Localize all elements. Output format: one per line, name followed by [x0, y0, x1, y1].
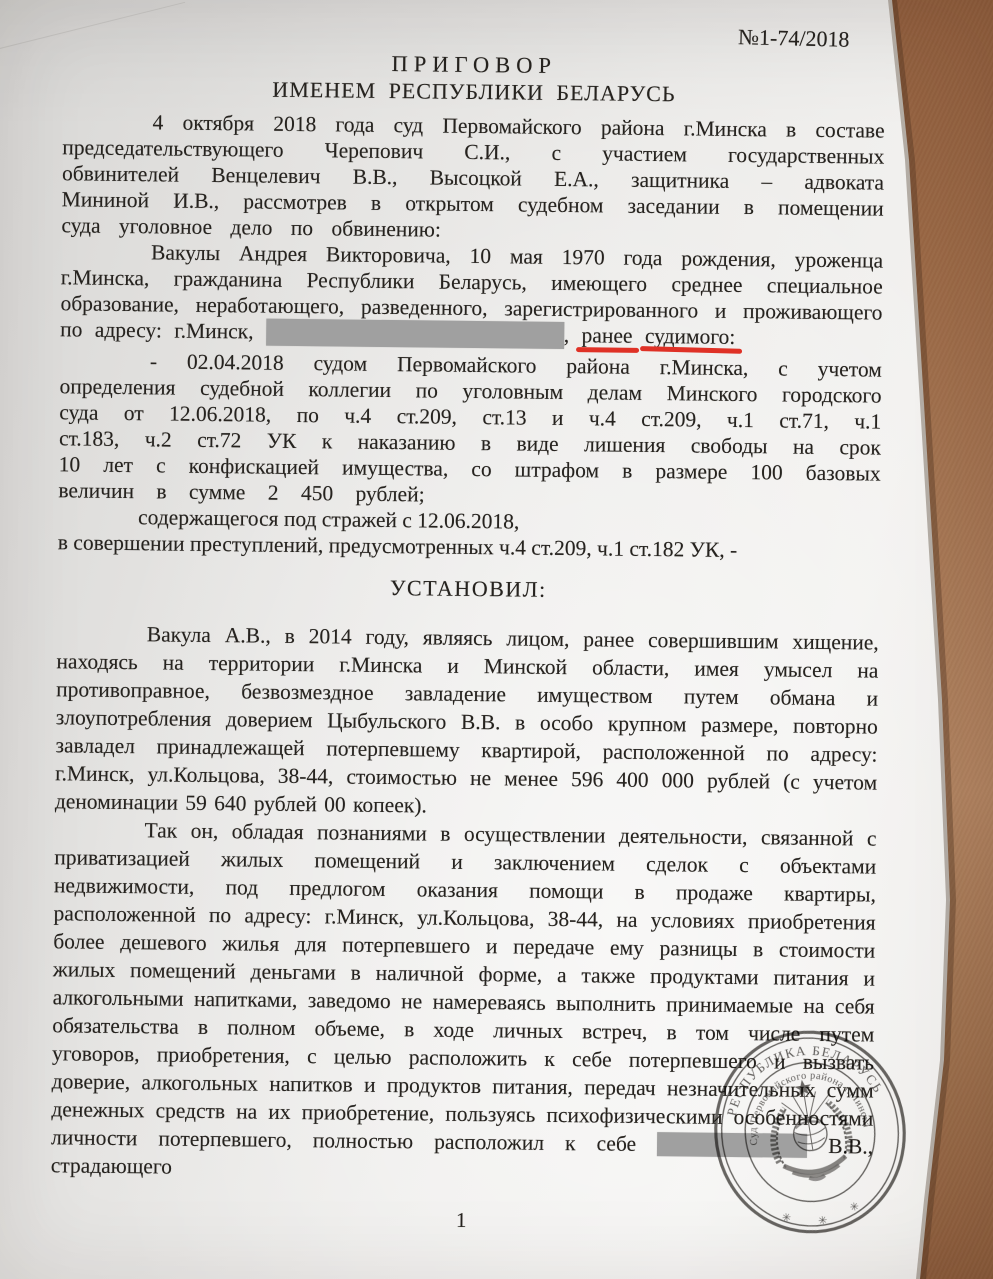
photographed-court-document: №1-74/2018 ПРИГОВОР ИМЕНЕМ РЕСПУБЛИКИ БЕ…	[0, 0, 993, 1279]
established-heading: УСТАНОВИЛ:	[57, 571, 879, 606]
redaction-box-address	[266, 319, 564, 349]
seal-star-icon: ✳	[817, 1215, 828, 1228]
defendant-paragraph: Вакулы Андрея Викторовича, 10 мая 1970 г…	[60, 238, 883, 352]
prior-conviction-paragraph: - 02.04.2018 судом Первомайского района …	[58, 347, 882, 512]
document-text: №1-74/2018 ПРИГОВОР ИМЕНЕМ РЕСПУБЛИКИ БЕ…	[51, 0, 886, 1189]
red-underlined-word-ranee: ранее	[581, 323, 632, 348]
seal-star-icon: ✳	[849, 1201, 860, 1214]
case-number: №1-74/2018	[63, 0, 886, 54]
court-seal-stamp: РЕСПУБЛИКА БЕЛАРУСЬ Суд Первомайского ра…	[697, 1012, 924, 1252]
facts-paragraph-1: Вакула А.В., в 2014 году, являясь лицом,…	[55, 619, 879, 824]
defendant-comma: ,	[564, 323, 570, 347]
seal-star-icon: ✳	[781, 1211, 792, 1224]
opening-paragraph: 4 октября 2018 года суд Первомайского ра…	[61, 108, 884, 247]
red-underlined-word-sudimogo: судимого:	[645, 324, 736, 349]
